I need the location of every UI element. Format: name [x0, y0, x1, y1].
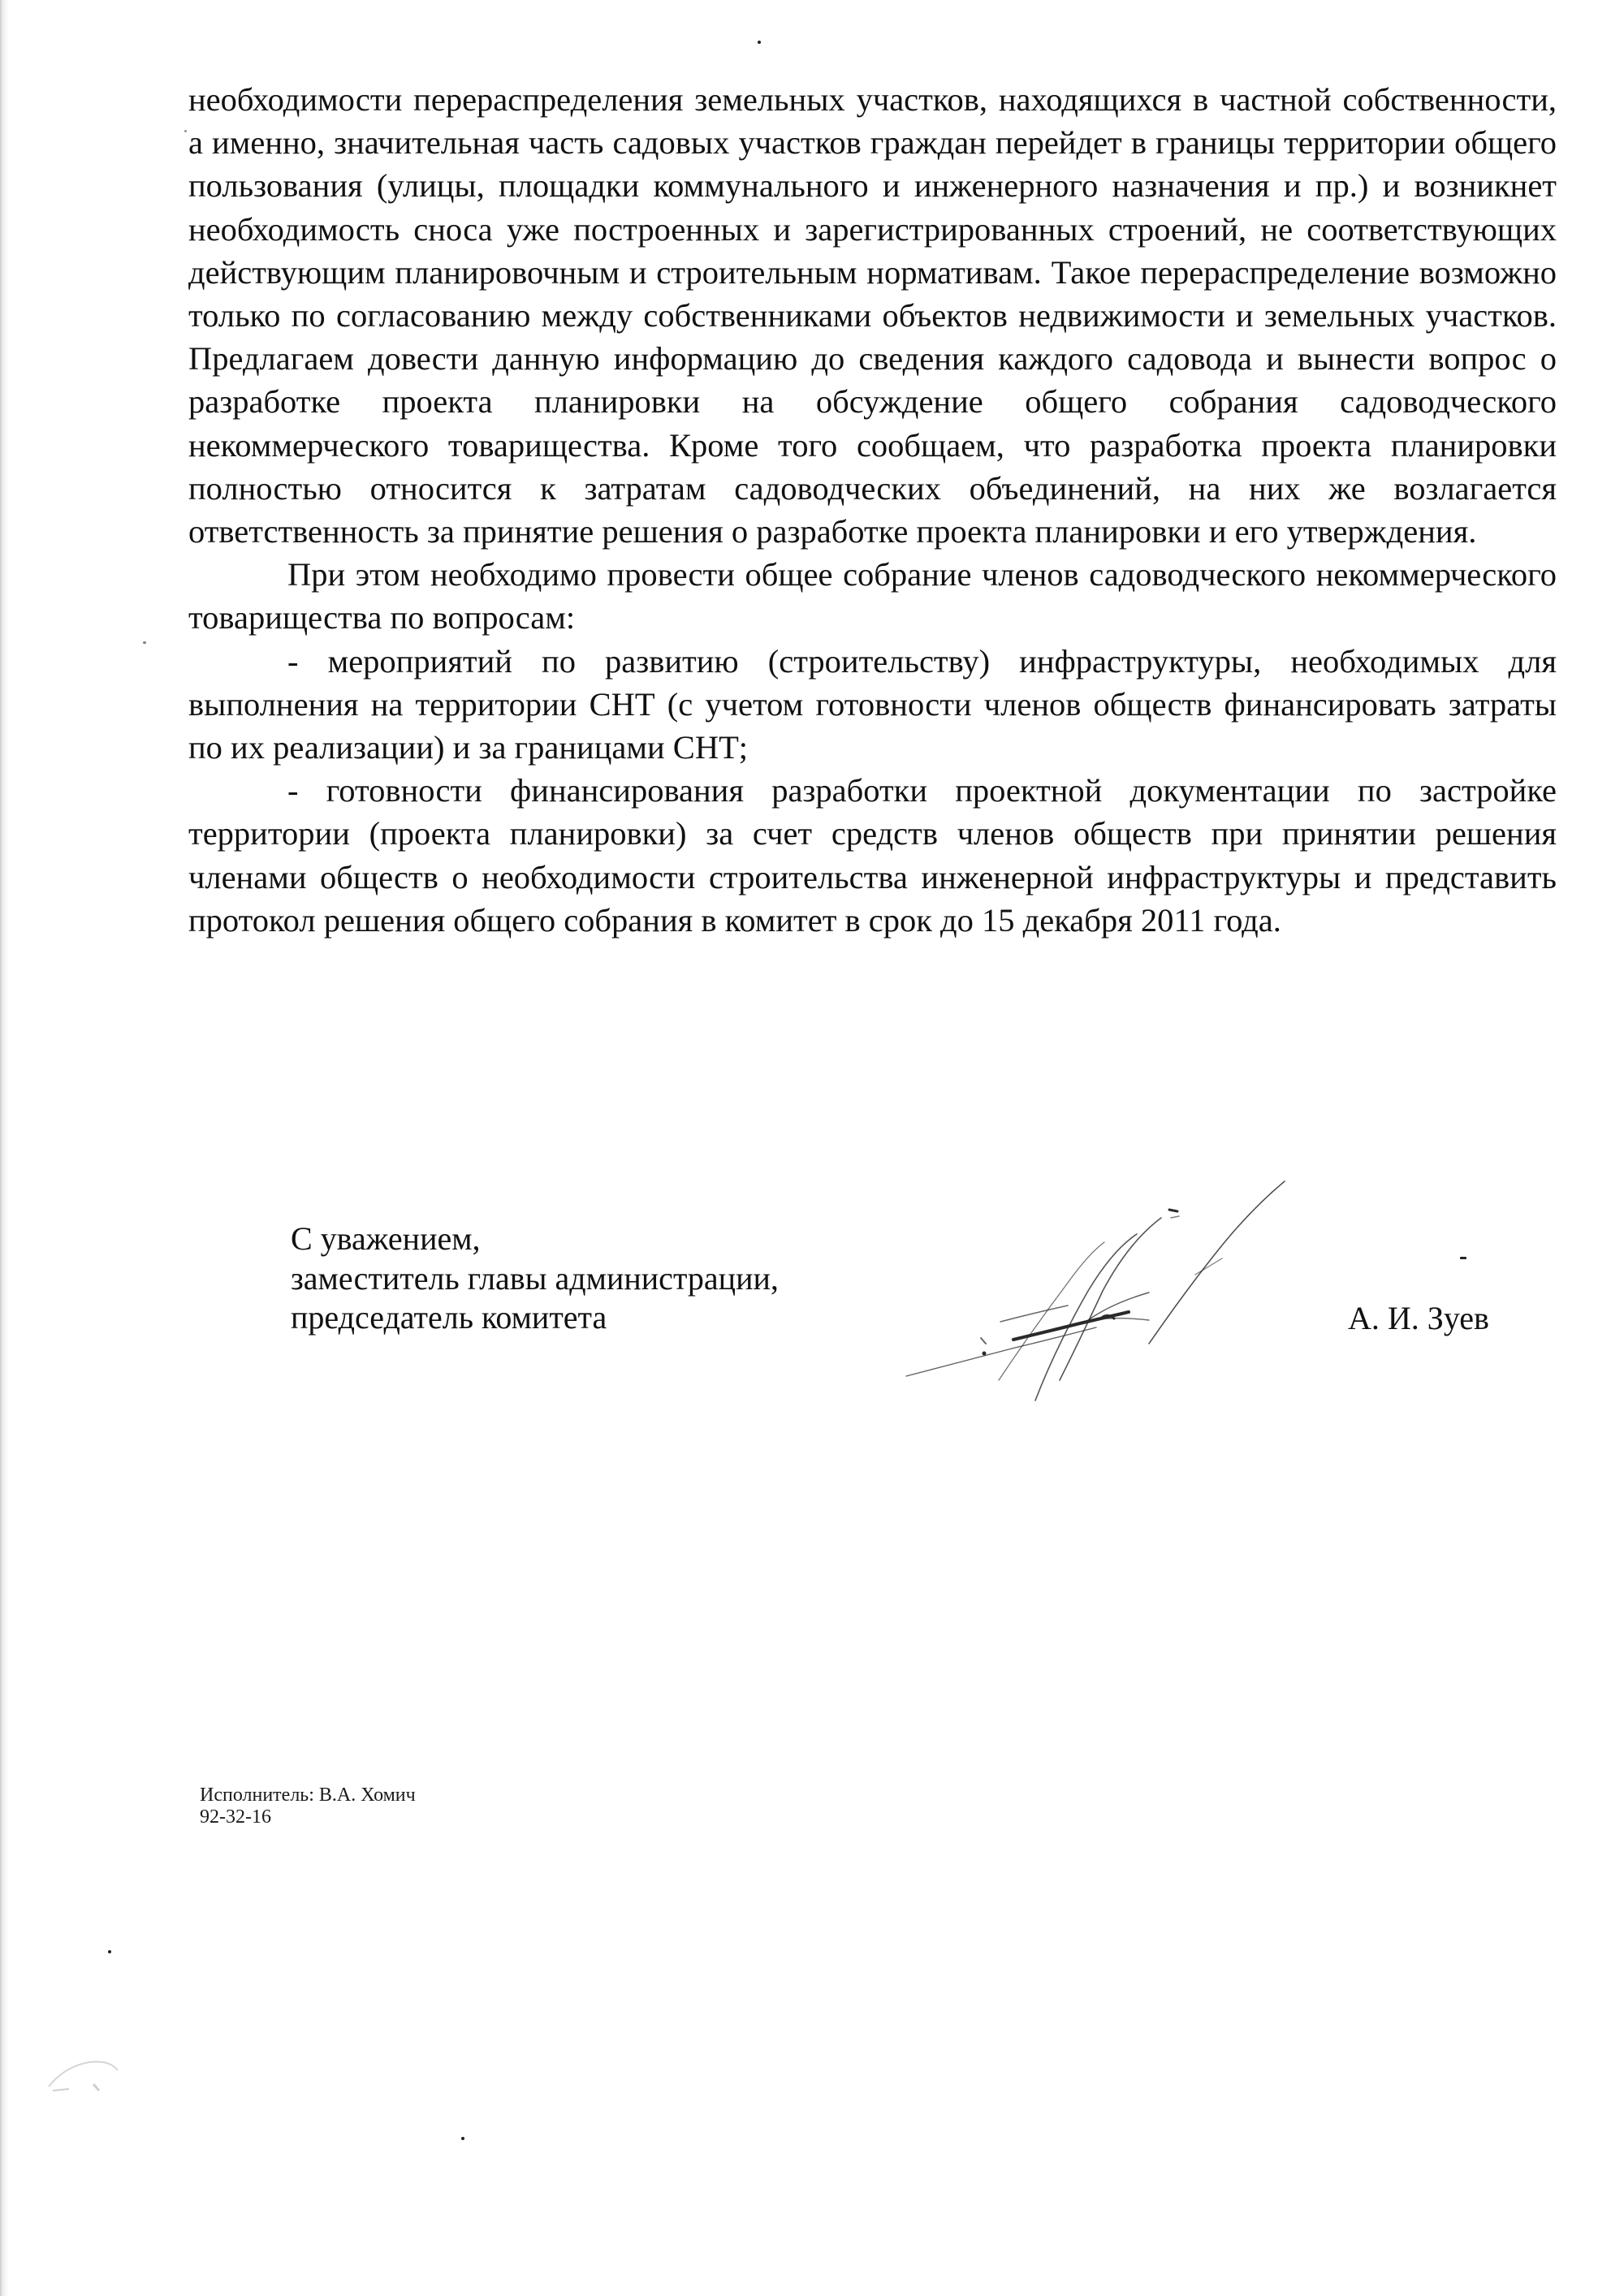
scan-speck — [143, 641, 146, 644]
executor-name: Исполнитель: В.А. Хомич — [200, 1785, 416, 1806]
scan-speck — [184, 130, 187, 132]
handwritten-signature-icon — [893, 1161, 1413, 1405]
signer-position: заместитель главы администрации, — [291, 1259, 779, 1299]
letter-body: необходимости перераспределения земельны… — [188, 78, 1557, 942]
list-item-infrastructure-measures: - мероприятий по развитию (строительству… — [188, 640, 1557, 770]
paragraph-land-redistribution: необходимости перераспределения земельны… — [188, 78, 1557, 553]
closing-block: С уважением, заместитель главы администр… — [291, 1219, 779, 1338]
executor-phone: 92-32-16 — [200, 1806, 416, 1828]
scan-speck — [108, 1950, 111, 1953]
document-page: необходимости перераспределения земельны… — [0, 0, 1624, 2296]
paragraph-general-meeting: При этом необходимо провести общее собра… — [188, 553, 1557, 639]
executor-note: Исполнитель: В.А. Хомич 92-32-16 — [200, 1785, 416, 1828]
scan-speck — [758, 41, 761, 44]
list-item-financing-readiness: - готовности финансирования разработки п… — [188, 769, 1557, 942]
scan-edge-shadow — [0, 0, 8, 2296]
salutation: С уважением, — [291, 1219, 779, 1259]
scan-speck — [461, 2137, 464, 2140]
scan-smudge — [32, 2050, 130, 2099]
signer-position: председатель комитета — [291, 1298, 779, 1338]
scan-speck — [1460, 1257, 1466, 1259]
signer-name: А. И. Зуев — [1348, 1299, 1489, 1338]
